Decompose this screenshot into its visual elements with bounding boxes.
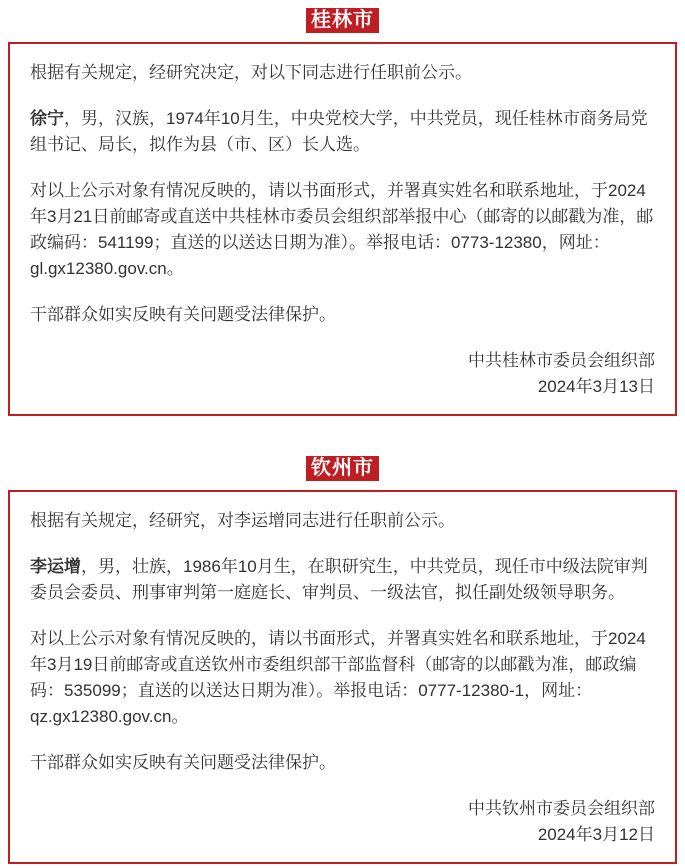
signature-block: 中共钦州市委员会组织部 2024年3月12日 bbox=[30, 796, 655, 848]
person-description: ，男，汉族，1974年10月生，中央党校大学，中共党员，现任桂林市商务局党组书记… bbox=[30, 109, 648, 154]
person-name: 徐宁 bbox=[30, 109, 64, 128]
person-name: 李运增 bbox=[30, 557, 81, 576]
city-badge-qinzhou: 钦州市 bbox=[306, 456, 379, 481]
signature-org: 中共钦州市委员会组织部 bbox=[30, 796, 655, 822]
candidate-paragraph: 李运增，男，壮族，1986年10月生，在职研究生，中共党员，现任市中级法院审判委… bbox=[30, 554, 655, 606]
signature-block: 中共桂林市委员会组织部 2024年3月13日 bbox=[30, 348, 655, 400]
city-badge-row-guilin: 桂林市 bbox=[0, 8, 685, 33]
report-instructions-paragraph: 对以上公示对象有情况反映的，请以书面形式，并署真实姓名和联系地址，于2024年3… bbox=[30, 626, 655, 730]
protection-note: 干部群众如实反映有关问题受法律保护。 bbox=[30, 302, 655, 328]
intro-paragraph: 根据有关规定，经研究，对李运增同志进行任职前公示。 bbox=[30, 508, 655, 534]
intro-paragraph: 根据有关规定，经研究决定，对以下同志进行任职前公示。 bbox=[30, 60, 655, 86]
signature-org: 中共桂林市委员会组织部 bbox=[30, 348, 655, 374]
person-description: ，男，壮族，1986年10月生，在职研究生，中共党员，现任市中级法院审判委员会委… bbox=[30, 557, 648, 602]
signature-date: 2024年3月13日 bbox=[30, 374, 655, 400]
protection-note: 干部群众如实反映有关问题受法律保护。 bbox=[30, 750, 655, 776]
page-container: 桂林市 根据有关规定，经研究决定，对以下同志进行任职前公示。 徐宁，男，汉族，1… bbox=[0, 0, 685, 864]
report-instructions-paragraph: 对以上公示对象有情况反映的，请以书面形式，并署真实姓名和联系地址，于2024年3… bbox=[30, 178, 655, 282]
candidate-paragraph: 徐宁，男，汉族，1974年10月生，中央党校大学，中共党员，现任桂林市商务局党组… bbox=[30, 106, 655, 158]
city-badge-row-qinzhou: 钦州市 bbox=[0, 456, 685, 481]
notice-box-qinzhou: 根据有关规定，经研究，对李运增同志进行任职前公示。 李运增，男，壮族，1986年… bbox=[8, 490, 677, 864]
notice-box-guilin: 根据有关规定，经研究决定，对以下同志进行任职前公示。 徐宁，男，汉族，1974年… bbox=[8, 42, 677, 416]
signature-date: 2024年3月12日 bbox=[30, 822, 655, 848]
city-badge-guilin: 桂林市 bbox=[306, 8, 379, 33]
